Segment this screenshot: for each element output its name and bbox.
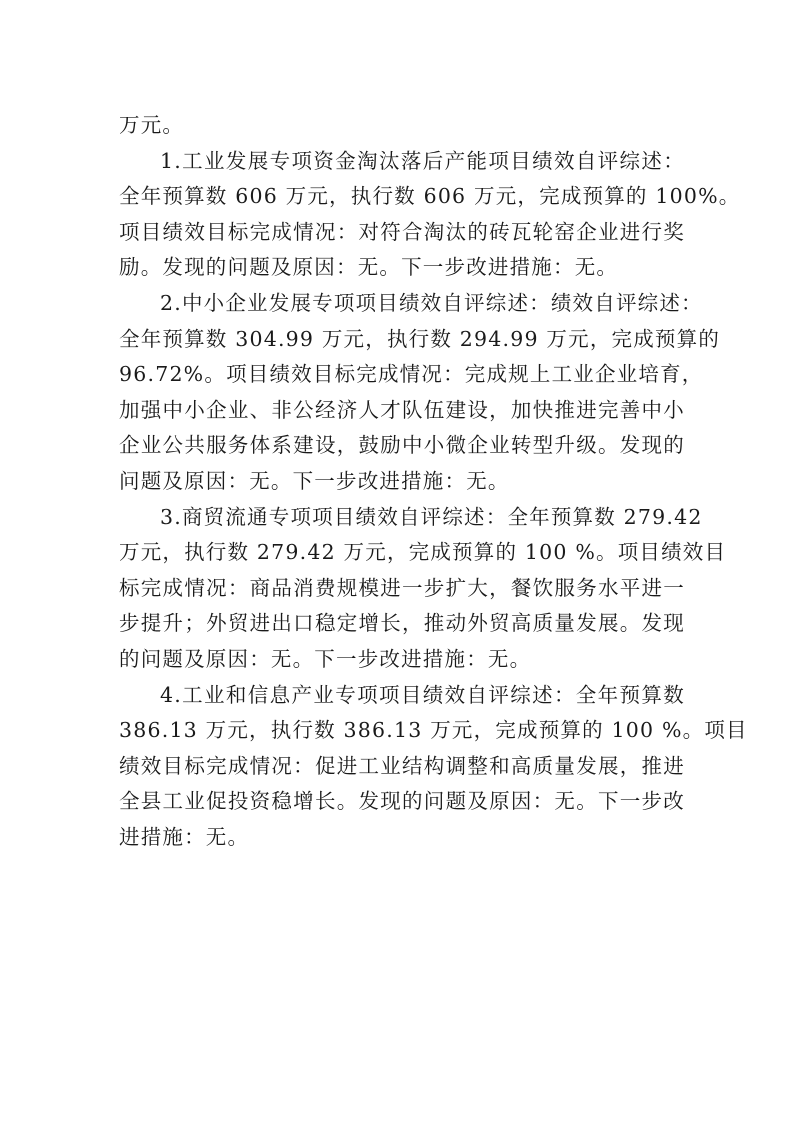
item2-line: 加强中小企业、非公经济人才队伍建设，加快推进完善中小 [119,393,685,429]
item1-line: 全年预算数 606 万元，执行数 606 万元，完成预算的 100%。 [119,179,685,215]
item1-line: 项目绩效目标完成情况：对符合淘汰的砖瓦轮窑企业进行奖 [119,215,685,251]
item3-line: 万元，执行数 279.42 万元，完成预算的 100 %。项目绩效目 [119,535,685,571]
item2-line: 问题及原因：无。下一步改进措施：无。 [119,464,685,500]
item3-line: 的问题及原因：无。下一步改进措施：无。 [119,642,685,678]
item2-line: 企业公共服务体系建设，鼓励中小微企业转型升级。发现的 [119,428,685,464]
item4-line: 进措施：无。 [119,820,685,856]
item3-line: 步提升；外贸进出口稳定增长，推动外贸高质量发展。发现 [119,606,685,642]
document-body: 万元。 1.工业发展专项资金淘汰落后产能项目绩效自评综述： 全年预算数 606 … [119,108,685,855]
item2-line: 全年预算数 304.99 万元，执行数 294.99 万元，完成预算的 [119,322,685,358]
item4-line: 绩效目标完成情况：促进工业结构调整和高质量发展，推进 [119,749,685,785]
item1-heading-line: 1.工业发展专项资金淘汰落后产能项目绩效自评综述： [119,144,685,180]
item4-heading-line: 4.工业和信息产业专项项目绩效自评综述：全年预算数 [119,678,685,714]
item2-line: 96.72%。项目绩效目标完成情况：完成规上工业企业培育， [119,357,685,393]
item3-line: 标完成情况：商品消费规模进一步扩大，餐饮服务水平进一 [119,571,685,607]
document-page: 万元。 1.工业发展专项资金淘汰落后产能项目绩效自评综述： 全年预算数 606 … [0,0,793,1122]
item2-heading-line: 2.中小企业发展专项项目绩效自评综述：绩效自评综述： [119,286,685,322]
continuation-line: 万元。 [119,108,685,144]
item4-line: 386.13 万元，执行数 386.13 万元，完成预算的 100 %。项目 [119,713,685,749]
item4-line: 全县工业促投资稳增长。发现的问题及原因：无。下一步改 [119,784,685,820]
item3-heading-line: 3.商贸流通专项项目绩效自评综述：全年预算数 279.42 [119,500,685,536]
item1-line: 励。发现的问题及原因：无。下一步改进措施：无。 [119,250,685,286]
